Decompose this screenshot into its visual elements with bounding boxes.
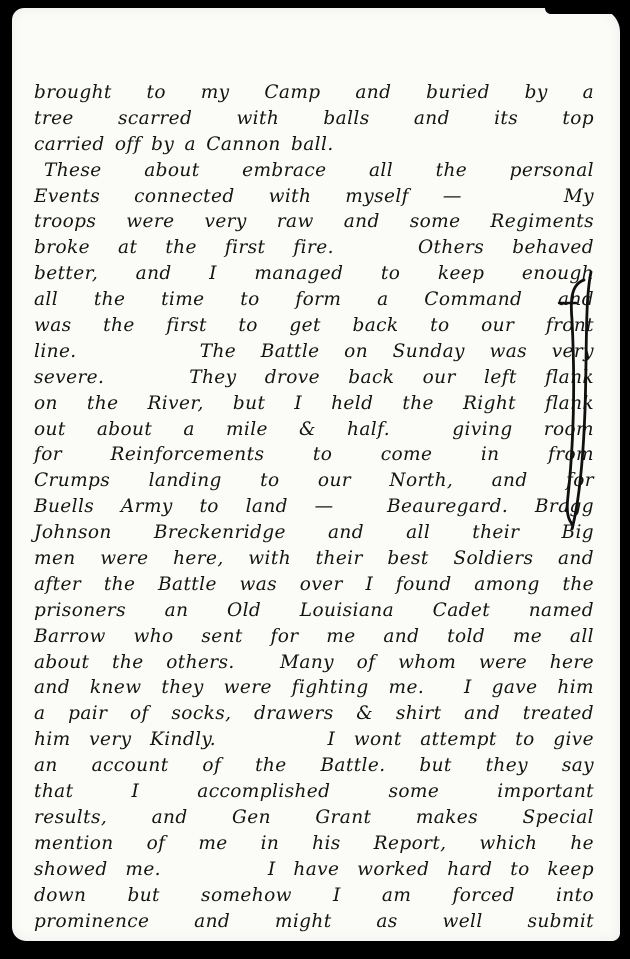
- handwritten-line: him very Kindly. I wont attempt to give: [34, 727, 594, 753]
- handwritten-line: Buells Army to land — Beauregard. Bragg: [34, 494, 594, 520]
- handwritten-line: an account of the Battle. but they say: [34, 753, 594, 779]
- handwritten-line: showed me. I have worked hard to keep: [34, 857, 594, 883]
- handwritten-line: Crumps landing to our North, and for: [34, 468, 594, 494]
- handwritten-line: carried off by a Cannon ball.: [34, 132, 594, 158]
- handwritten-line: out about a mile & half. giving room: [34, 417, 594, 443]
- handwritten-line: brought to my Camp and buried by a: [34, 80, 594, 106]
- handwritten-line: for Reinforcements to come in from: [34, 442, 594, 468]
- handwritten-line: that I accomplished some important: [34, 779, 594, 805]
- handwritten-line: down but somehow I am forced into: [34, 883, 594, 909]
- scan-corner-notch: [545, 8, 620, 14]
- handwritten-line: on the River, but I held the Right flank: [34, 391, 594, 417]
- handwritten-line: better, and I managed to keep enough: [34, 261, 594, 287]
- handwritten-line: severe. They drove back our left flank: [34, 365, 594, 391]
- handwritten-line: a pair of socks, drawers & shirt and tre…: [34, 701, 594, 727]
- handwritten-line: prisoners an Old Louisiana Cadet named: [34, 598, 594, 624]
- handwritten-line: was the first to get back to our front: [34, 313, 594, 339]
- handwritten-line: prominence and might as well submit: [34, 909, 594, 935]
- letter-body: brought to my Camp and buried by a tree …: [34, 80, 594, 934]
- handwritten-line: troops were very raw and some Regiments: [34, 209, 594, 235]
- handwritten-line: line. The Battle on Sunday was very: [34, 339, 594, 365]
- manuscript-page: brought to my Camp and buried by a tree …: [12, 8, 620, 941]
- handwritten-line: all the time to form a Command and: [34, 287, 594, 313]
- handwritten-line: after the Battle was over I found among …: [34, 572, 594, 598]
- scan-background: brought to my Camp and buried by a tree …: [0, 0, 630, 959]
- handwritten-line: and knew they were fighting me. I gave h…: [34, 675, 594, 701]
- handwritten-line: tree scarred with balls and its top: [34, 106, 594, 132]
- handwritten-line: Johnson Breckenridge and all their Big: [34, 520, 594, 546]
- handwritten-line: men were here, with their best Soldiers …: [34, 546, 594, 572]
- handwritten-line: mention of me in his Report, which he: [34, 831, 594, 857]
- handwritten-line: These about embrace all the personal: [34, 158, 594, 184]
- handwritten-line: broke at the first fire. Others behaved: [34, 235, 594, 261]
- handwritten-line: results, and Gen Grant makes Special: [34, 805, 594, 831]
- handwritten-line: Events connected with myself — My: [34, 184, 594, 210]
- handwritten-line: Barrow who sent for me and told me all: [34, 624, 594, 650]
- handwritten-line: about the others. Many of whom were here: [34, 650, 594, 676]
